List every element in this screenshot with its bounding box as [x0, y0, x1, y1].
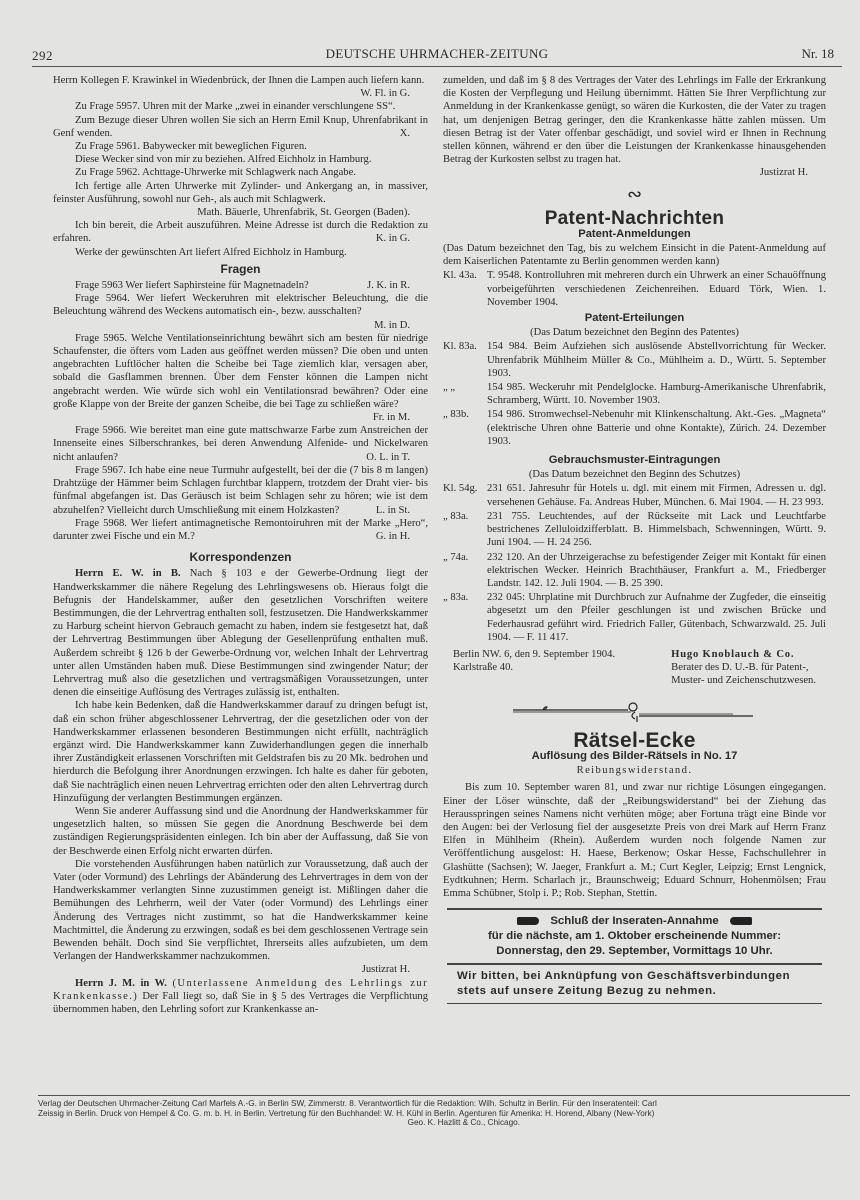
correspondence-2-continuation: zumelden, und daß im § 8 des Vertrages d…: [443, 74, 826, 166]
questions-section: Frage 5963 Wer liefert Saphirsteine für …: [53, 279, 428, 543]
correspondence-1-paragraph: Ich habe kein Bedenken, daß die Handwerk…: [53, 699, 428, 805]
answers-section: Herrn Kollegen F. Krawinkel in Wiedenbrü…: [53, 74, 428, 259]
answer-paragraph: Diese Wecker sind von mir zu beziehen. A…: [53, 153, 428, 166]
korrespondenzen-heading: Korrespondenzen: [53, 551, 428, 564]
reference-request: Wir bitten, bei Anknüpfung von Geschäfts…: [443, 969, 826, 999]
answer-paragraph: Zum Bezuge dieser Uhren wollen Sie sich …: [53, 114, 428, 140]
patent-description: 154 986. Stromwechsel-Nebenuhr mit Klink…: [487, 408, 826, 448]
patent-class: „ 83a.: [443, 510, 487, 550]
deadline-notice-line-3: Donnerstag, den 29. September, Vormittag…: [443, 944, 826, 959]
patent-class: „ 83a.: [443, 591, 487, 644]
answer-paragraph-text: Ich fertige alle Arten Uhrwerke mit Zyli…: [53, 181, 428, 205]
question-paragraph-text: Frage 5963 Wer liefert Saphirsteine für …: [75, 280, 309, 291]
correspondence-2-signature: Justizrat H.: [443, 166, 826, 179]
divider-rule: [447, 908, 822, 910]
patent-class: „ 74a.: [443, 551, 487, 591]
correspondence-1-signature: Justizrat H.: [53, 963, 428, 976]
question-paragraph: Frage 5965. Welche Ventilationseinrichtu…: [53, 332, 428, 424]
answer-paragraph: Herrn Kollegen F. Krawinkel in Wiedenbrü…: [53, 74, 428, 100]
patent-description: 231 755. Leuchtendes, auf der Rückseite …: [487, 510, 826, 550]
divider-rule: [447, 1003, 822, 1004]
deadline-notice: Schluß der Inseraten-Annahme für die näc…: [443, 914, 826, 959]
patent-entry: Kl. 83a.154 984. Beim Aufziehen sich aus…: [443, 340, 826, 380]
fragen-heading: Fragen: [53, 263, 428, 276]
publisher-imprint: Verlag der Deutschen Uhrmacher-Zeitung C…: [38, 1095, 850, 1128]
question-paragraph-signature: J. K. in R.: [345, 279, 428, 292]
question-paragraph-signature: Fr. in M.: [351, 411, 428, 424]
patent-class: Kl. 54g.: [443, 482, 487, 508]
answer-paragraph-text: Zum Bezuge dieser Uhren wollen Sie sich …: [53, 115, 428, 139]
correspondence-1-lead: Herrn E. W. in B.: [75, 568, 190, 579]
puzzle-results-text: Bis zum 10. September waren 81, und zwar…: [443, 781, 826, 900]
signoff-role-2: Muster- und Zeichenschutzwesen.: [671, 674, 816, 687]
patent-entry: „ „154 985. Weckeruhr mit Pendelglocke. …: [443, 381, 826, 407]
patent-description: 232 120. An der Uhrzeigerachse zu befest…: [487, 551, 826, 591]
answer-paragraph: Zu Frage 5961. Babywecker mit bewegliche…: [53, 140, 428, 153]
signoff-street: Karlstraße 40.: [453, 661, 615, 674]
patent-entry: Kl. 54g.231 651. Jahresuhr für Hotels u.…: [443, 482, 826, 508]
correspondence-1: Herrn E. W. in B. Nach § 103 e der Gewer…: [53, 567, 428, 963]
correspondence-1-paragraph: Herrn E. W. in B. Nach § 103 e der Gewer…: [53, 567, 428, 699]
patent-description: 154 984. Beim Aufziehen sich auslösende …: [487, 340, 826, 380]
correspondence-2: Herrn J. M. in W. (Unterlassene Anmeldun…: [53, 977, 428, 1017]
patent-entry: „ 83a.231 755. Leuchtendes, auf der Rück…: [443, 510, 826, 550]
answer-paragraph-text: Diese Wecker sind von mir zu beziehen. A…: [75, 154, 371, 165]
patent-grants-heading: Patent-Erteilungen: [443, 312, 826, 325]
patent-description: 232 045: Uhrplatine mit Durchbruch zur A…: [487, 591, 826, 644]
deadline-notice-line-1: Schluß der Inseraten-Annahme: [550, 915, 718, 927]
patent-class: Kl. 43a.: [443, 269, 487, 309]
utility-models-note: (Das Datum bezeichnet den Beginn des Sch…: [443, 468, 826, 481]
question-paragraph: Frage 5963 Wer liefert Saphirsteine für …: [53, 279, 428, 292]
patent-class: „ „: [443, 381, 487, 407]
question-paragraph-signature: L. in St.: [354, 504, 428, 517]
puzzle-solution-heading: Auflösung des Bilder-Rätsels in No. 17: [443, 750, 826, 763]
patent-entry: „ 83b.154 986. Stromwechsel-Nebenuhr mit…: [443, 408, 826, 448]
deadline-notice-line-2: für die nächste, am 1. Oktober erscheine…: [443, 929, 826, 944]
question-paragraph: Frage 5964. Wer liefert Weckeruhren mit …: [53, 292, 428, 332]
puzzle-corner-title: Rätsel-Ecke: [443, 734, 826, 747]
patent-applications-heading: Patent-Anmeldungen: [443, 228, 826, 241]
question-paragraph-text: Frage 5964. Wer liefert Weckeruhren mit …: [53, 293, 428, 317]
answer-paragraph-signature: W. Fl. in G.: [360, 87, 428, 100]
imprint-line-1: Verlag der Deutschen Uhrmacher-Zeitung C…: [38, 1099, 850, 1109]
answer-paragraph: Ich bin bereit, die Arbeit auszuführen. …: [53, 219, 428, 245]
patent-signoff: Berlin NW. 6, den 9. September 1904. Kar…: [443, 648, 826, 688]
correspondence-2-lead: Herrn J. M. in W.: [75, 978, 167, 989]
correspondence-1-paragraph: Die vorstehenden Ausführungen haben natü…: [53, 858, 428, 964]
utility-models-heading: Gebrauchsmuster-Eintragungen: [443, 454, 826, 467]
answer-paragraph-signature: Math. Bäuerle, Uhrenfabrik, St. Georgen …: [175, 206, 428, 219]
answer-paragraph-text: Zu Frage 5961. Babywecker mit bewegliche…: [75, 141, 307, 152]
pointing-hand-left-icon: [730, 917, 752, 925]
left-column: Herrn Kollegen F. Krawinkel in Wiedenbrü…: [53, 74, 428, 1016]
question-paragraph: Frage 5967. Ich habe eine neue Turmuhr a…: [53, 464, 428, 517]
answer-paragraph-signature: X.: [378, 127, 428, 140]
page-header: 292 DEUTSCHE UHRMACHER-ZEITUNG Nr. 18: [32, 44, 842, 67]
answer-paragraph-text: Zu Frage 5962. Achttage-Uhrwerke mit Sch…: [75, 167, 356, 178]
correspondence-1-paragraph: Wenn Sie anderer Auffassung sind und die…: [53, 805, 428, 858]
patent-grants-note: (Das Datum bezeichnet den Beginn des Pat…: [443, 326, 826, 339]
imprint-line-2: Zeissig in Berlin. Druck von Hempel & Co…: [38, 1109, 850, 1119]
patent-entry: „ 74a.232 120. An der Uhrzeigerachse zu …: [443, 551, 826, 591]
reference-request-line-2: stets auf unsere Zeitung Bezug zu nehmen…: [457, 984, 826, 999]
newspaper-page: 292 DEUTSCHE UHRMACHER-ZEITUNG Nr. 18 He…: [0, 0, 860, 1200]
patent-grants-list: Kl. 83a.154 984. Beim Aufziehen sich aus…: [443, 340, 826, 448]
question-paragraph-signature: M. in D.: [352, 319, 428, 332]
answer-paragraph: Ich fertige alle Arten Uhrwerke mit Zyli…: [53, 180, 428, 220]
right-column: zumelden, und daß im § 8 des Vertrages d…: [443, 74, 826, 1008]
answer-paragraph: Werke der gewünschten Art liefert Alfred…: [53, 246, 428, 259]
question-paragraph: Frage 5968. Wer liefert antimagnetische …: [53, 517, 428, 543]
imprint-line-3: Geo. K. Hazlitt & Co., Chicago.: [38, 1118, 850, 1128]
patent-news-title: Patent-Nachrichten: [443, 212, 826, 225]
swirl-ornament-icon: ∾: [443, 184, 826, 204]
answer-paragraph: Zu Frage 5957. Uhren mit der Marke „zwei…: [53, 100, 428, 113]
question-paragraph-text: Frage 5965. Welche Ventilationseinrichtu…: [53, 333, 428, 410]
signoff-place-date: Berlin NW. 6, den 9. September 1904.: [453, 648, 615, 661]
question-paragraph: Frage 5966. Wie bereitet man eine gute m…: [53, 424, 428, 464]
pointing-hand-right-icon: [517, 917, 539, 925]
question-paragraph-signature: G. in H.: [354, 530, 428, 543]
patent-description: T. 9548. Kontrolluhren mit mehreren durc…: [487, 269, 826, 309]
reference-request-line-1: Wir bitten, bei Anknüpfung von Geschäfts…: [457, 969, 826, 984]
patent-class: „ 83b.: [443, 408, 487, 448]
publication-title: DEUTSCHE UHRMACHER-ZEITUNG: [32, 46, 842, 62]
patent-class: Kl. 83a.: [443, 340, 487, 380]
answer-paragraph-signature: K. in G.: [354, 232, 428, 245]
utility-models-list: Kl. 54g.231 651. Jahresuhr für Hotels u.…: [443, 482, 826, 643]
patent-entry: „ 83a.232 045: Uhrplatine mit Durchbruch…: [443, 591, 826, 644]
answer-paragraph-text: Herrn Kollegen F. Krawinkel in Wiedenbrü…: [53, 75, 424, 86]
patent-applications-list: Kl. 43a.T. 9548. Kontrolluhren mit mehre…: [443, 269, 826, 309]
divider-rule: [447, 963, 822, 965]
patent-description: 231 651. Jahresuhr für Hotels u. dgl. mi…: [487, 482, 826, 508]
issue-number: Nr. 18: [802, 46, 835, 62]
answer-paragraph-text: Werke der gewünschten Art liefert Alfred…: [75, 247, 347, 258]
answer-paragraph: Zu Frage 5962. Achttage-Uhrwerke mit Sch…: [53, 166, 428, 179]
signoff-role-1: Berater des D. U.-B. für Patent-,: [671, 661, 816, 674]
answer-paragraph-text: Zu Frage 5957. Uhren mit der Marke „zwei…: [75, 101, 395, 112]
patent-applications-note: (Das Datum bezeichnet den Tag, bis zu we…: [443, 242, 826, 268]
question-paragraph-signature: O. L. in T.: [344, 451, 428, 464]
divider-ornament-icon: [443, 698, 826, 722]
patent-entry: Kl. 43a.T. 9548. Kontrolluhren mit mehre…: [443, 269, 826, 309]
puzzle-answer: Reibungswiderstand.: [443, 764, 826, 777]
patent-description: 154 985. Weckeruhr mit Pendelglocke. Ham…: [487, 381, 826, 407]
signoff-firm: Hugo Knoblauch & Co.: [671, 648, 816, 661]
